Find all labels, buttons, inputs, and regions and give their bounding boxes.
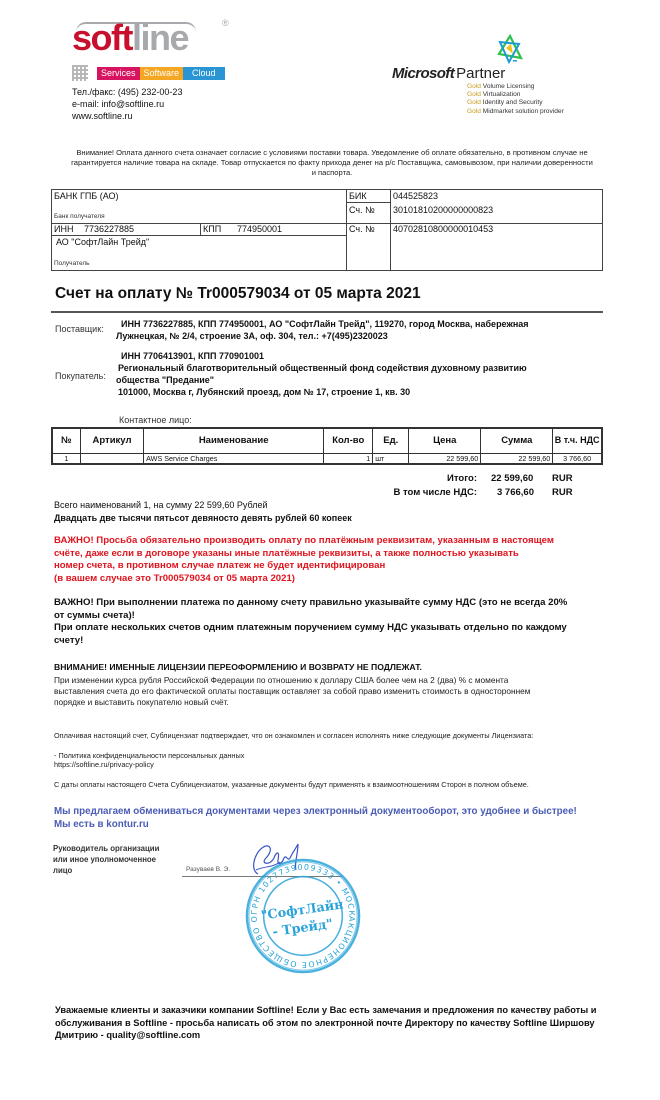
table-row: 1 AWS Service Charges 1 шт 22 599,60 22 … xyxy=(52,453,602,464)
account-value: 40702810800000010453 xyxy=(393,224,493,234)
sublicense-intro: Оплачивая настоящий счет, Сублицензиат п… xyxy=(54,731,533,741)
inn-value: 7736227885 xyxy=(84,224,134,234)
recipient-label: Получатель xyxy=(54,260,90,267)
payment-notice: Внимание! Оплата данного счета означает … xyxy=(70,148,594,178)
account-label: Сч. № xyxy=(349,224,375,234)
amount-in-words: Двадцать две тысячи пятьсот девяносто де… xyxy=(54,512,352,524)
items-table: № Артикул Наименование Кол-во Ед. Цена С… xyxy=(51,427,603,465)
company-stamp-icon: АКЦИОНЕРНОЕ ОБЩЕСТВО ОГРН 1027739009333 … xyxy=(244,857,362,975)
inn-label: ИНН xyxy=(54,224,73,234)
tag-software: Software xyxy=(140,67,184,80)
logo-word-line: line xyxy=(132,17,188,58)
logo-word-soft: soft xyxy=(72,17,132,58)
quality-feedback-footer: Уважаемые клиенты и заказчики компании S… xyxy=(55,1004,610,1042)
signatory-label: Руководитель организации или иное уполно… xyxy=(53,843,159,876)
kontur-link[interactable]: Мы есть в kontur.ru xyxy=(54,819,577,832)
registered-mark: ® xyxy=(222,18,229,28)
vat-currency: RUR xyxy=(552,487,573,498)
col-vat: В т.ч. НДС xyxy=(553,428,602,453)
row-qty: 1 xyxy=(324,453,373,464)
total-currency: RUR xyxy=(552,473,573,484)
softline-tagbar: Services Software Cloud xyxy=(72,64,225,82)
competency-item: Gold Volume Licensing xyxy=(467,83,564,91)
invoice-title: Счет на оплату № Tr000579034 от 05 марта… xyxy=(55,285,421,303)
buyer-label: Покупатель: xyxy=(55,371,106,381)
col-name: Наименование xyxy=(144,428,324,453)
title-divider xyxy=(51,311,603,313)
vat-label: В том числе НДС: xyxy=(394,487,478,498)
microsoft-partner-icon xyxy=(497,34,523,64)
bank-details-table: БАНК ГПБ (АО) Банк получателя БИК 044525… xyxy=(51,189,603,271)
sublicense-outro: С даты оплаты настоящего Счета Сублиценз… xyxy=(54,780,529,790)
row-sku xyxy=(80,453,143,464)
bank-label: Банк получателя xyxy=(54,213,105,220)
tag-cloud: Cloud xyxy=(183,67,225,80)
qr-code-icon xyxy=(72,65,88,81)
signatory-name: Разуваев В. Э. xyxy=(186,866,230,873)
corr-account-value: 30101810200000000823 xyxy=(393,205,493,215)
payment-details-warning: ВАЖНО! Просьба обязательно производить о… xyxy=(54,535,554,585)
supplier-details: ИНН 7736227885, КПП 774950001, АО "СофтЛ… xyxy=(116,318,529,342)
kpp-value: 774950001 xyxy=(237,224,282,234)
row-price: 22 599,60 xyxy=(409,453,481,464)
supplier-label: Поставщик: xyxy=(55,324,104,334)
row-vat: 3 766,60 xyxy=(553,453,602,464)
recipient-name: АО "СофтЛайн Трейд" xyxy=(56,237,149,247)
corr-account-label: Сч. № xyxy=(349,205,375,215)
bik-label: БИК xyxy=(349,191,367,201)
col-sku: Артикул xyxy=(80,428,143,453)
microsoft-brand: Microsoft xyxy=(392,65,454,82)
microsoft-partner-wordmark: Microsoft·Partner xyxy=(392,66,505,82)
col-number: № xyxy=(52,428,80,453)
items-header-row: № Артикул Наименование Кол-во Ед. Цена С… xyxy=(52,428,602,453)
partner-word: Partner xyxy=(456,65,505,82)
contact-website: www.softline.ru xyxy=(72,110,182,122)
license-heading: ВНИМАНИЕ! ИМЕННЫЕ ЛИЦЕНЗИИ ПЕРЕОФОРМЛЕНИ… xyxy=(54,662,422,672)
col-sum: Сумма xyxy=(481,428,553,453)
contact-person-label: Контактное лицо: xyxy=(119,415,192,425)
row-unit: шт xyxy=(373,453,409,464)
tag-services: Services xyxy=(97,67,140,80)
company-contacts: Тел./факс: (495) 232-00-23 e-mail: info@… xyxy=(72,86,182,122)
vat-warning: ВАЖНО! При выполнении платежа по данному… xyxy=(54,597,567,647)
row-name: AWS Service Charges xyxy=(144,453,324,464)
bik-value: 044525823 xyxy=(393,191,438,201)
competency-item: Gold Virtualization xyxy=(467,91,564,99)
col-unit: Ед. xyxy=(373,428,409,453)
buyer-details: ИНН 7706413901, КПП 770901001 Региональн… xyxy=(116,350,527,398)
contact-email: e-mail: info@softline.ru xyxy=(72,98,182,110)
contact-phone: Тел./факс: (495) 232-00-23 xyxy=(72,86,182,98)
privacy-policy-link[interactable]: https://softline.ru/privacy-policy xyxy=(54,760,154,770)
vat-value: 3 766,60 xyxy=(497,487,534,498)
edo-offer: Мы предлагаем обмениваться документами ч… xyxy=(54,806,577,831)
competency-item: Gold Midmarket solution provider xyxy=(467,108,564,116)
row-sum: 22 599,60 xyxy=(481,453,553,464)
exchange-rate-notice: При изменении курса рубля Российской Фед… xyxy=(54,675,530,708)
partner-competencies: Gold Volume Licensing Gold Virtualizatio… xyxy=(467,83,564,116)
competency-item: Gold Identity and Security xyxy=(467,99,564,107)
kpp-label: КПП xyxy=(203,224,221,234)
items-count-summary: Всего наименований 1, на сумму 22 599,60… xyxy=(54,499,268,511)
bank-name: БАНК ГПБ (АО) xyxy=(54,191,119,201)
col-price: Цена xyxy=(409,428,481,453)
col-qty: Кол-во xyxy=(324,428,373,453)
row-number: 1 xyxy=(52,453,80,464)
total-value: 22 599,60 xyxy=(491,473,533,484)
softline-logo: softline ® xyxy=(72,16,232,60)
total-label: Итого: xyxy=(447,473,477,484)
